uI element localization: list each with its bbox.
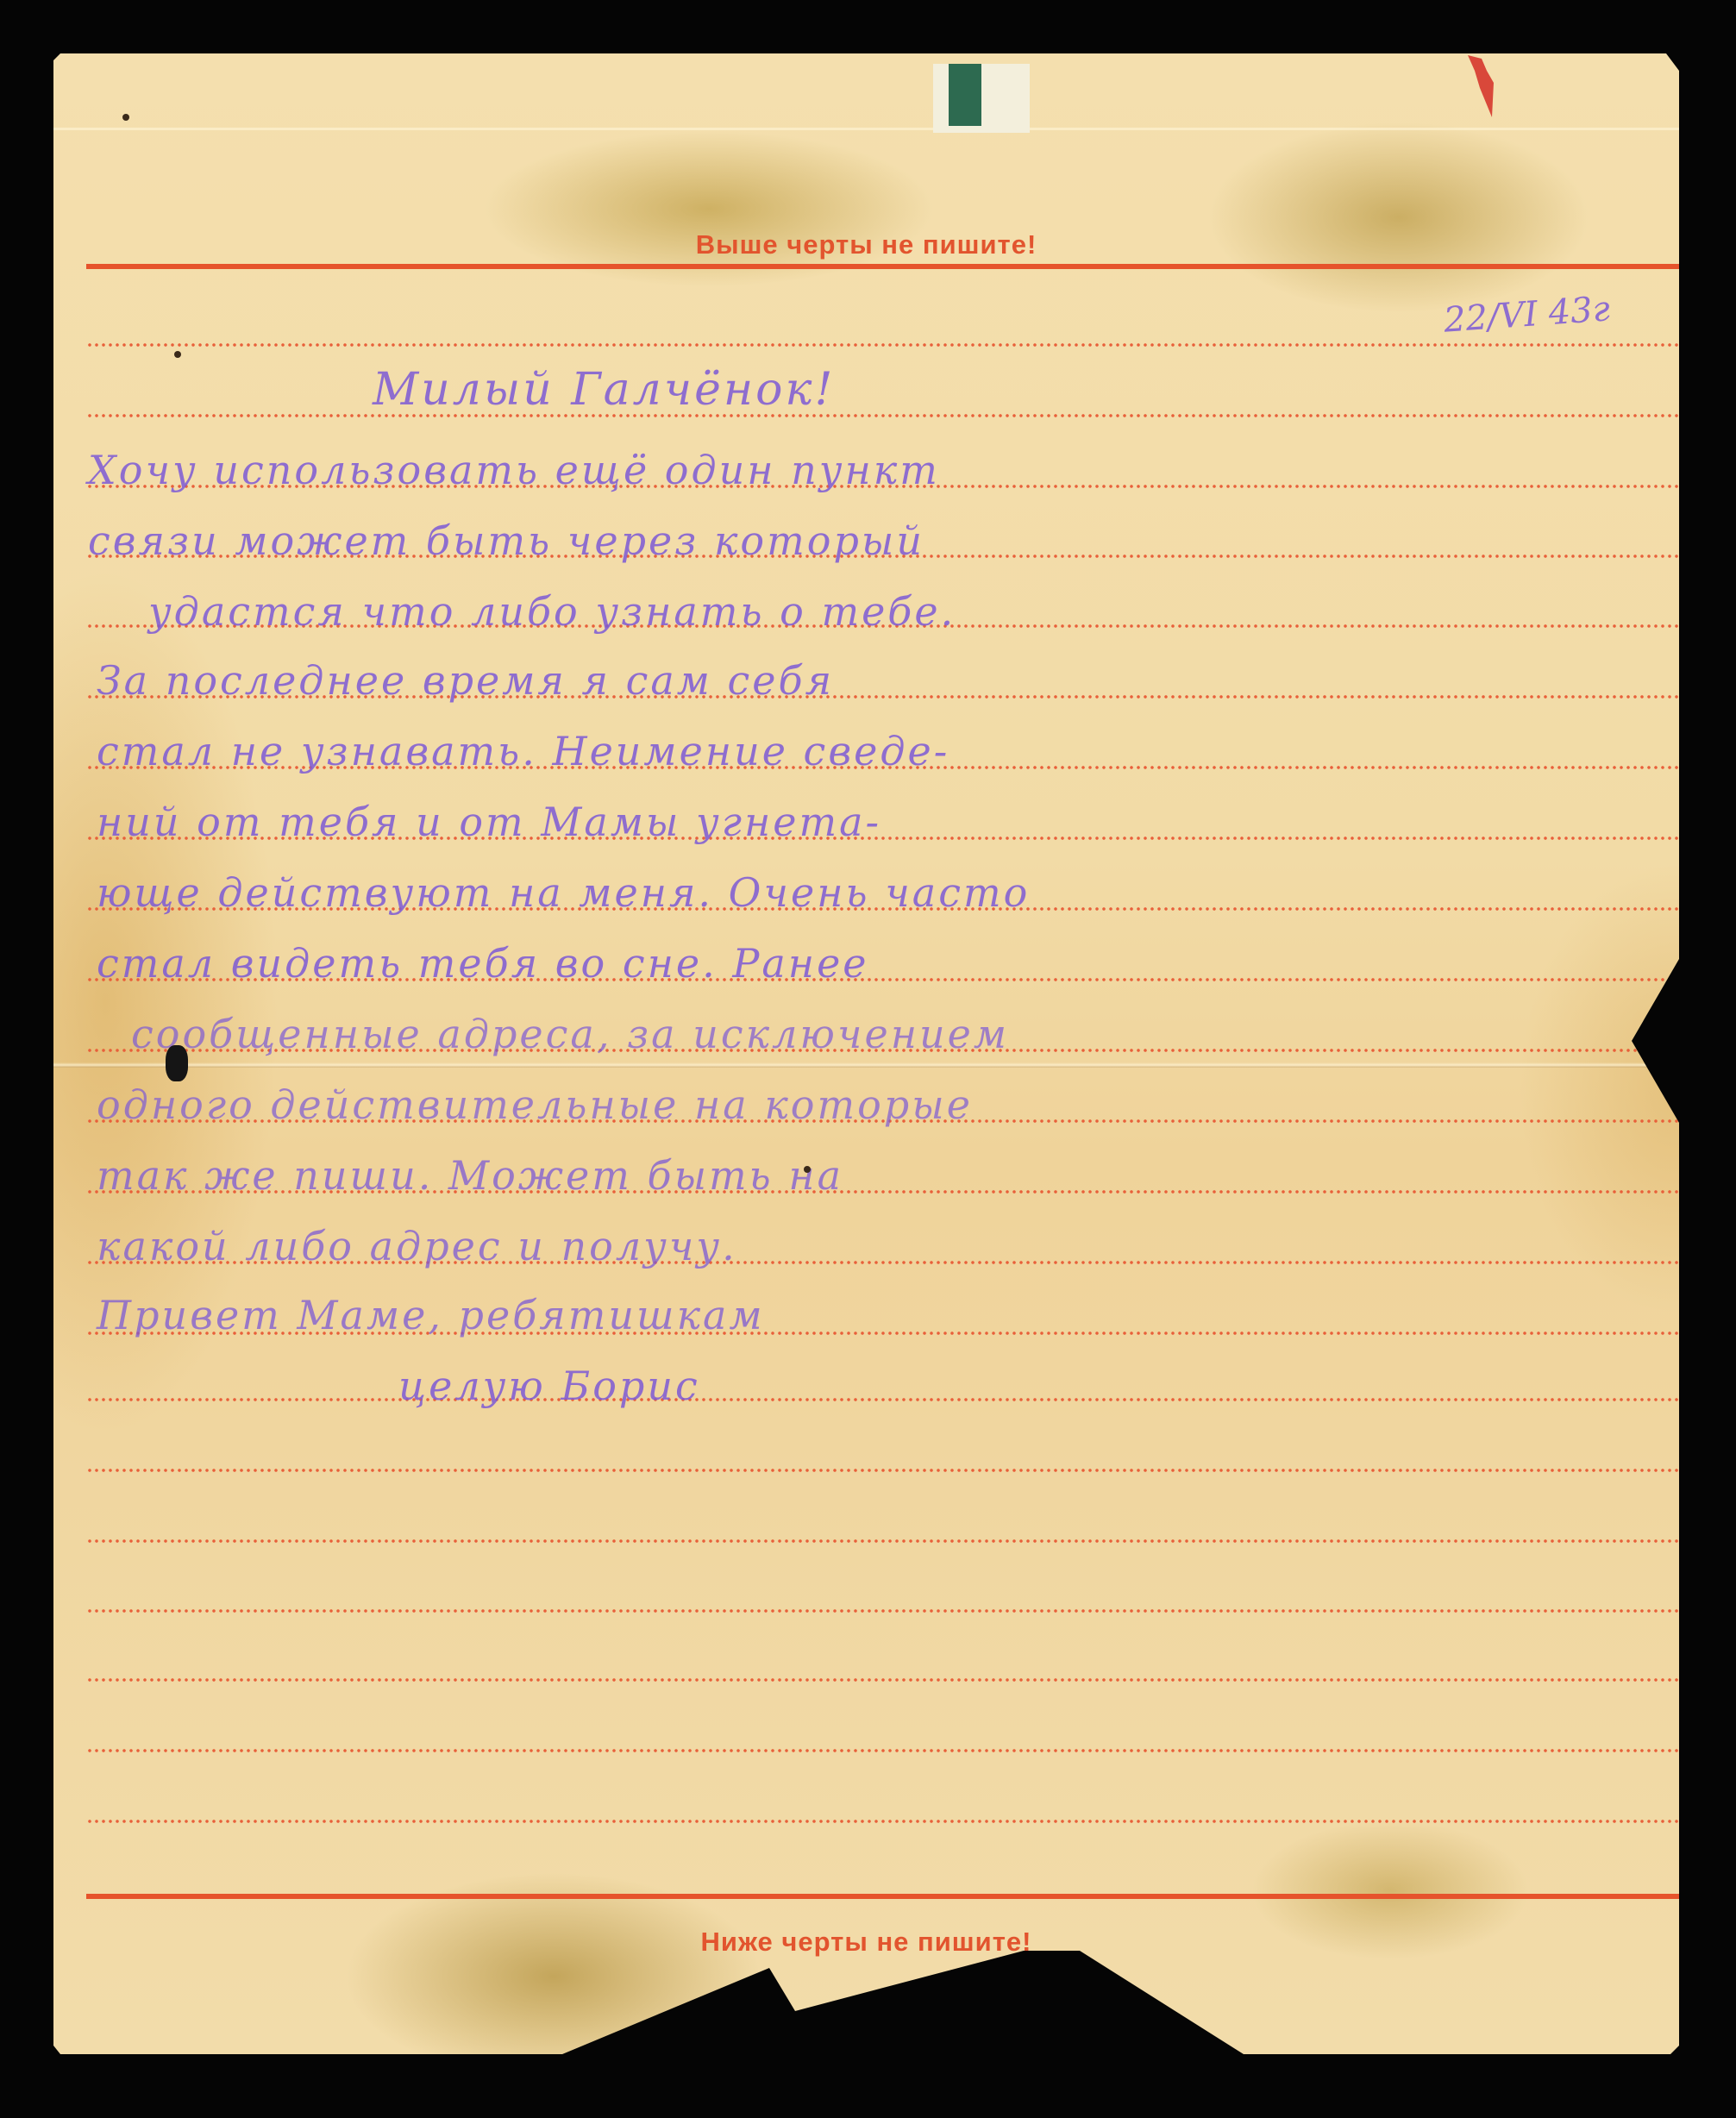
body-line: одного действительные на которые [97, 1081, 973, 1128]
top-fold-crease [53, 128, 1679, 130]
greeting: Милый Галчёнок! [373, 364, 835, 416]
bottom-solid-rule [86, 1894, 1679, 1899]
dotted-rule [86, 1539, 1679, 1543]
letter-date: 22/VI 43г [1443, 289, 1612, 340]
paper-speck [174, 351, 181, 358]
body-line: Привет Маме, ребятишкам [97, 1292, 765, 1338]
dotted-rule [86, 1609, 1679, 1613]
closing-line: целую Борис [398, 1363, 700, 1409]
dotted-rule [86, 1749, 1679, 1752]
dotted-rule [86, 1469, 1679, 1472]
dotted-rule [86, 1678, 1679, 1682]
paper-speck [804, 1166, 811, 1173]
center-fold-crease [53, 1062, 1679, 1068]
dotted-rule [86, 1820, 1679, 1823]
body-line: так же пиши. Может быть на [97, 1152, 843, 1199]
body-line: ний от тебя и от Мамы угнета- [97, 799, 881, 845]
header-warning: Выше черты не пишите! [53, 229, 1679, 260]
paper-speck [122, 114, 129, 121]
green-stripe [949, 64, 981, 126]
footer-warning: Ниже черты не пишите! [53, 1927, 1679, 1958]
body-line: какой либо адрес и получу. [97, 1223, 737, 1269]
letter-paper: Выше черты не пишите! Ниже черты не пиши… [53, 53, 1679, 2054]
dotted-rule [86, 1398, 1679, 1401]
dotted-rule [86, 343, 1679, 347]
body-line: стал видеть тебя во сне. Ранее [97, 940, 869, 987]
body-line: сообщенные адреса, за исключением [131, 1011, 1009, 1057]
top-solid-rule [86, 264, 1679, 269]
body-line: Хочу использовать ещё один пункт [88, 447, 940, 493]
dotted-rule [86, 414, 1679, 417]
body-line: связи может быть через который [88, 517, 924, 564]
body-line: юще действуют на меня. Очень часто [97, 869, 1030, 916]
body-line: стал не узнавать. Неимение сведе- [97, 728, 949, 774]
paper-tab [933, 64, 1030, 133]
body-line: удастся что либо узнать о тебе. [148, 588, 956, 635]
red-corner-mark-icon [1468, 53, 1502, 122]
body-line: За последнее время я сам себя [97, 657, 834, 704]
ink-blot [166, 1045, 188, 1081]
